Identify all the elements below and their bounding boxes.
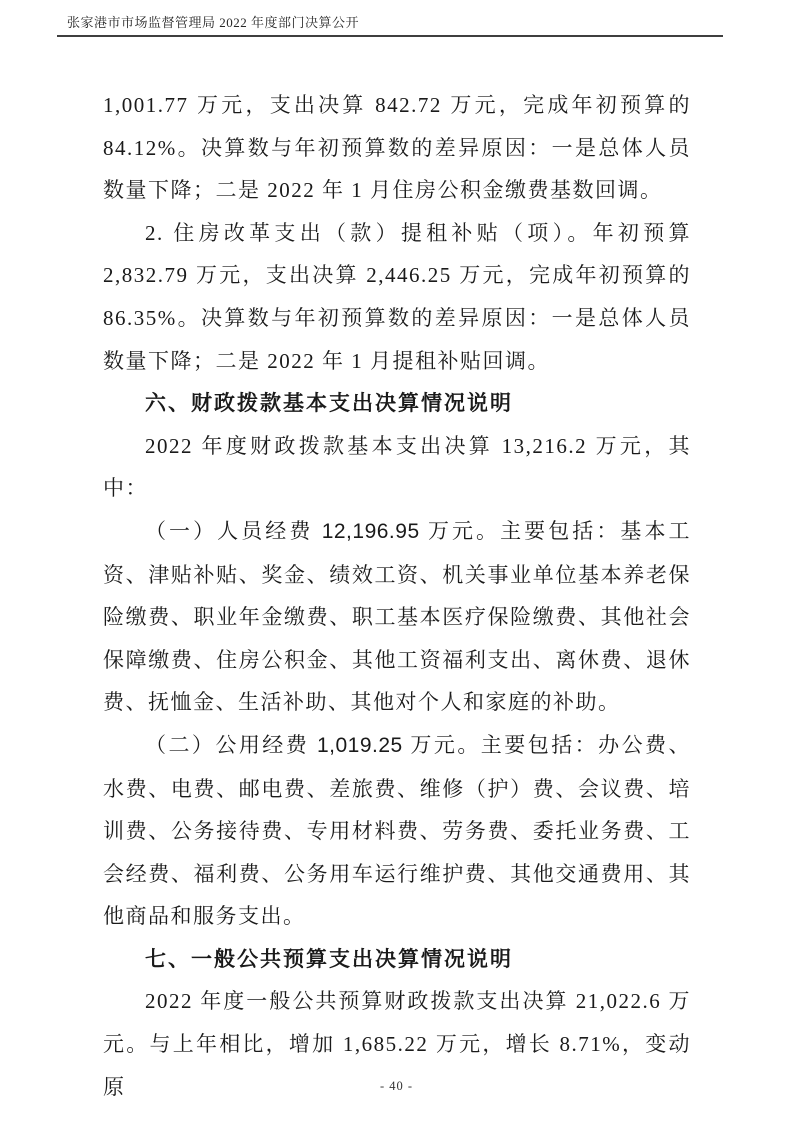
paragraph: 2. 住房改革支出（款）提租补贴（项）。年初预算 2,832.79 万元，支出决…: [103, 212, 691, 382]
text-run: （一）人员经费: [145, 519, 322, 543]
text-run: （二）公用经费: [145, 733, 317, 757]
text-run: 万元。主要包括：基本工资、津贴补贴、奖金、绩效工资、机关事业单位基本养老保险缴费…: [103, 519, 691, 714]
text-run: 万元。主要包括：办公费、水费、电费、邮电费、差旅费、维修（护）费、会议费、培训费…: [103, 733, 691, 928]
section-heading: 六、财政拨款基本支出决算情况说明: [103, 382, 691, 425]
page-header: 张家港市市场监督管理局 2022 年度部门决算公开: [57, 0, 723, 37]
text-run: 2022 年度财政拨款基本支出决算 13,216.2 万元，其中：: [103, 434, 691, 501]
numeric-value: 12,196.95: [322, 520, 420, 543]
page-number: - 40 -: [0, 1079, 793, 1094]
document-body: 1,001.77 万元，支出决算 842.72 万元，完成年初预算的 84.12…: [103, 84, 691, 1108]
header-title: 张家港市市场监督管理局 2022 年度部门决算公开: [57, 0, 723, 35]
paragraph: （二）公用经费 1,019.25 万元。主要包括：办公费、水费、电费、邮电费、差…: [103, 724, 691, 938]
text-run: 七、一般公共预算支出决算情况说明: [145, 947, 513, 971]
document-page: 张家港市市场监督管理局 2022 年度部门决算公开 1,001.77 万元，支出…: [0, 0, 793, 1122]
section-heading: 七、一般公共预算支出决算情况说明: [103, 938, 691, 981]
text-run: 六、财政拨款基本支出决算情况说明: [145, 391, 513, 415]
header-rule: [57, 35, 723, 37]
text-run: 2. 住房改革支出（款）提租补贴（项）。年初预算 2,832.79 万元，支出决…: [103, 221, 691, 373]
numeric-value: 1,019.25: [317, 734, 403, 757]
paragraph: 2022 年度财政拨款基本支出决算 13,216.2 万元，其中：: [103, 425, 691, 510]
paragraph: （一）人员经费 12,196.95 万元。主要包括：基本工资、津贴补贴、奖金、绩…: [103, 510, 691, 724]
text-run: 1,001.77 万元，支出决算 842.72 万元，完成年初预算的 84.12…: [103, 93, 691, 202]
paragraph: 1,001.77 万元，支出决算 842.72 万元，完成年初预算的 84.12…: [103, 84, 691, 212]
